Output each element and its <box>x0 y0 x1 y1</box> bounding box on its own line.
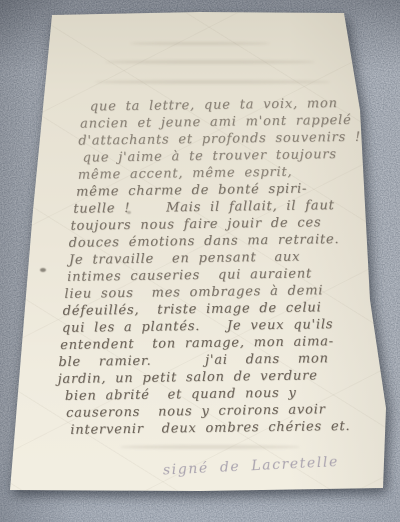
handwriting-line: intimes causeries qui auraient <box>67 266 312 284</box>
handwriting-line: entendent ton ramage, mon aima- <box>60 334 334 353</box>
handwriting-line: même charme de bonté spiri- <box>76 181 307 199</box>
handwriting-line: ble ramier. j'ai dans mon <box>58 351 329 370</box>
photograph-of-letter: que ta lettre, que ta voix, mon ancien e… <box>0 0 400 522</box>
paper-shadow: que ta lettre, que ta voix, mon ancien e… <box>0 0 400 522</box>
handwriting-line: tuelle ! Mais il fallait, il faut <box>73 198 335 217</box>
pencil-annotation: signé de Lacretelle <box>163 454 340 479</box>
handwriting-line: que ta lettre, que ta voix, mon <box>90 96 338 114</box>
handwriting-block: que ta lettre, que ta voix, mon ancien e… <box>0 0 400 522</box>
handwriting-line: toujours nous faire jouir de ces <box>70 215 321 234</box>
handwriting-line: lieu sous mes ombrages à demi <box>64 283 323 302</box>
handwriting-line: Je travaille en pensant aux <box>69 250 300 268</box>
handwriting-line: que j'aime à te trouver toujours <box>82 147 336 166</box>
handwriting-line: causerons nous y croirons avoir <box>66 402 326 421</box>
handwriting-line: douces émotions dans ma retraite. <box>69 232 340 251</box>
handwriting-line: défeuillés, triste image de celui <box>63 300 322 319</box>
handwriting-line: même accent, même esprit, <box>78 165 293 183</box>
handwriting-line: qui les a plantés. Je veux qu'ils <box>62 317 334 336</box>
handwriting-line: d'attachants et profonds souvenirs ! <box>78 130 361 149</box>
handwriting-line: ancien et jeune ami m'ont rappelé <box>80 113 352 132</box>
handwriting-line: jardin, un petit salon de verdure <box>58 368 318 387</box>
handwriting-line: bien abrité et quand nous y <box>65 386 297 404</box>
letter-paper: que ta lettre, que ta voix, mon ancien e… <box>0 0 400 522</box>
handwriting-line: intervenir deux ombres chéries et. <box>70 419 350 438</box>
